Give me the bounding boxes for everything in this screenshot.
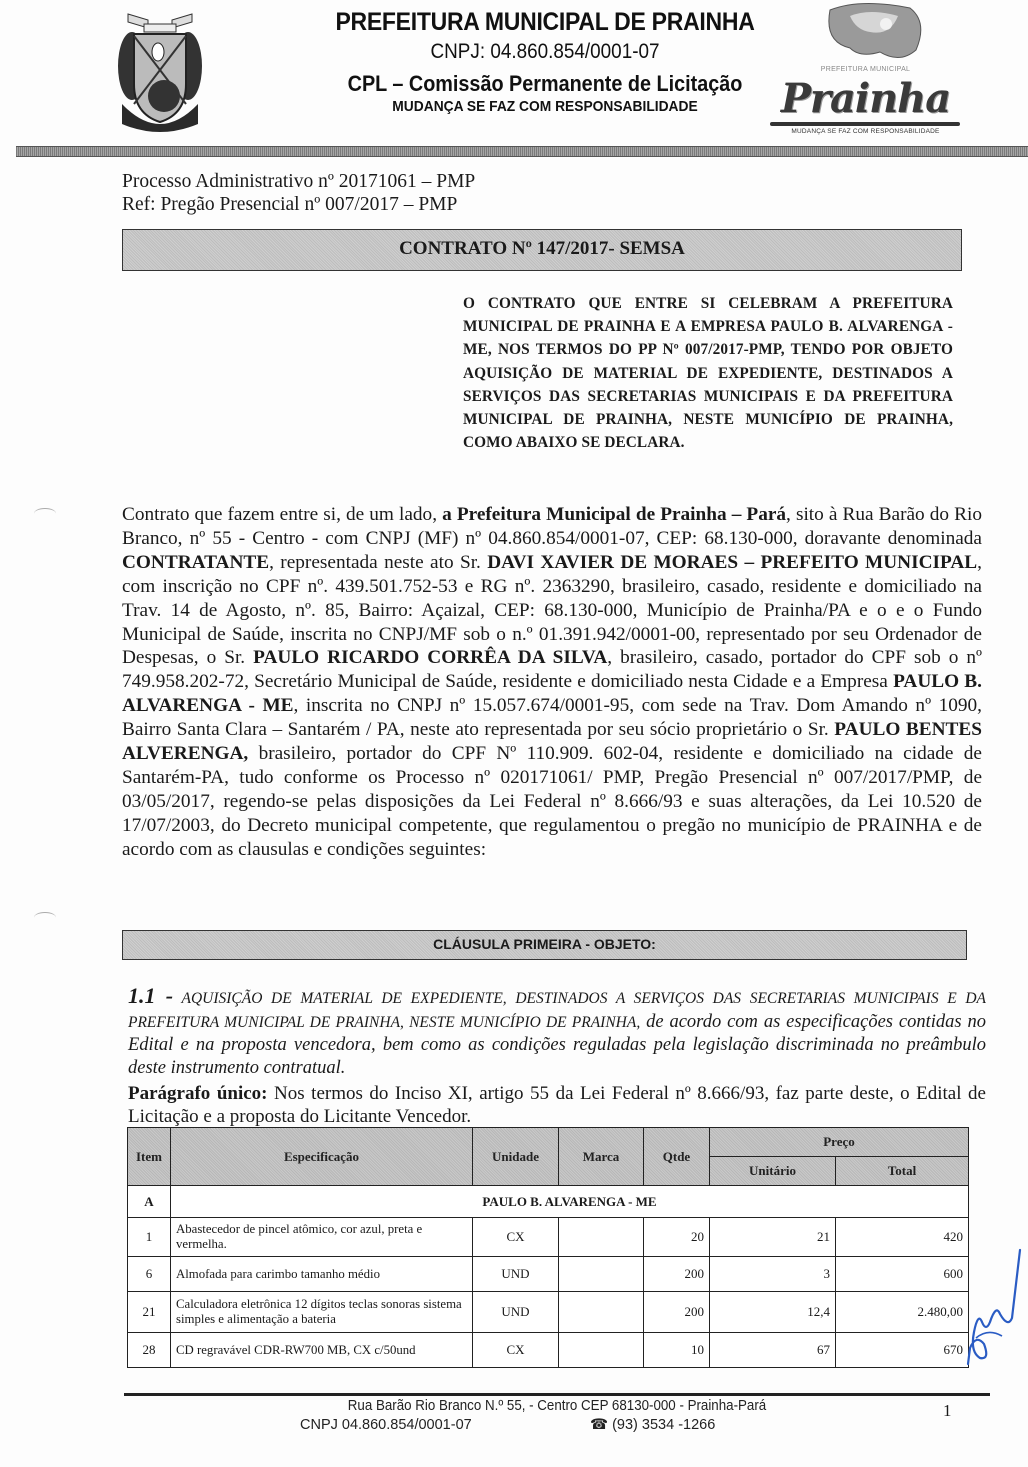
- cell-brand: [559, 1292, 644, 1333]
- org-cnpj: CNPJ: 04.860.854/0001-07: [316, 40, 775, 64]
- punch-hole-mark: [34, 508, 56, 519]
- cell-unit: UND: [473, 1257, 559, 1292]
- cell-unit: CX: [473, 1218, 559, 1257]
- contract-preamble: O CONTRATO QUE ENTRE SI CELEBRAM A PREFE…: [463, 292, 953, 454]
- col-total: Total: [836, 1157, 969, 1186]
- brand-wordmark: Prainha: [758, 75, 973, 122]
- supplier-group-row: A PAULO B. ALVARENGA - ME: [128, 1186, 969, 1218]
- header-divider: [16, 146, 1028, 157]
- footer-phone: ☎ (93) 3534 -1266: [590, 1417, 715, 1433]
- col-unit-price: Unitário: [710, 1157, 836, 1186]
- cell-item: 6: [128, 1257, 171, 1292]
- brand-swoosh: [770, 122, 960, 126]
- cell-spec: Calculadora eletrônica 12 dígitos teclas…: [171, 1292, 473, 1333]
- cell-spec: Abastecedor de pincel atômico, cor azul,…: [171, 1218, 473, 1257]
- col-spec: Especificação: [171, 1128, 473, 1186]
- table-row: 1 Abastecedor de pincel atômico, cor azu…: [128, 1218, 969, 1257]
- col-unit: Unidade: [473, 1128, 559, 1186]
- org-motto: MUDANÇA SE FAZ COM RESPONSABILIDADE: [310, 98, 779, 115]
- footer-address: Rua Barão Rio Branco N.º 55, - Centro CE…: [159, 1398, 956, 1414]
- cell-qty: 20: [644, 1218, 710, 1257]
- cell-brand: [559, 1218, 644, 1257]
- items-table: Item Especificação Unidade Marca Qtde Pr…: [127, 1127, 969, 1368]
- cell-total: 600: [836, 1257, 969, 1292]
- cell-item: 28: [128, 1333, 171, 1368]
- table-row: 28 CD regravável CDR-RW700 MB, CX c/50un…: [128, 1333, 969, 1368]
- col-item: Item: [128, 1128, 171, 1186]
- org-department: CPL – Comissão Permanente de Licitação: [316, 71, 775, 97]
- footer-divider: [124, 1393, 990, 1396]
- punch-hole-mark: [34, 912, 56, 923]
- contract-parties-paragraph: Contrato que fazem entre si, de um lado,…: [122, 503, 982, 862]
- handwritten-signature-icon: [962, 1248, 1028, 1368]
- cell-spec: Almofada para carimbo tamanho médio: [171, 1257, 473, 1292]
- footer-cnpj: CNPJ 04.860.854/0001-07: [300, 1417, 472, 1433]
- contract-title: CONTRATO Nº 147/2017- SEMSA: [122, 229, 962, 271]
- group-code: A: [128, 1186, 171, 1218]
- table-row: 6 Almofada para carimbo tamanho médio UN…: [128, 1257, 969, 1292]
- clause-1-1: 1.1 - AQUISIÇÃO DE MATERIAL DE EXPEDIENT…: [128, 985, 986, 1079]
- cell-qty: 10: [644, 1333, 710, 1368]
- cell-brand: [559, 1333, 644, 1368]
- coat-of-arms-icon: [118, 4, 202, 132]
- cell-brand: [559, 1257, 644, 1292]
- group-supplier: PAULO B. ALVARENGA - ME: [171, 1186, 969, 1218]
- col-qty: Qtde: [644, 1128, 710, 1186]
- cell-unit-price: 12,4: [710, 1292, 836, 1333]
- paragrafo-unico: Parágrafo único: Nos termos do Inciso XI…: [128, 1083, 986, 1129]
- col-price: Preço: [710, 1128, 969, 1157]
- cell-qty: 200: [644, 1292, 710, 1333]
- pregao-reference: Ref: Pregão Presencial nº 007/2017 – PMP: [122, 194, 457, 216]
- process-reference: Processo Administrativo nº 20171061 – PM…: [122, 171, 475, 193]
- cell-item: 21: [128, 1292, 171, 1333]
- cell-qty: 200: [644, 1257, 710, 1292]
- cell-unit-price: 3: [710, 1257, 836, 1292]
- cell-unit: UND: [473, 1292, 559, 1333]
- table-row: 21 Calculadora eletrônica 12 dígitos tec…: [128, 1292, 969, 1333]
- clause-title: CLÁUSULA PRIMEIRA - OBJETO:: [122, 930, 967, 960]
- col-brand: Marca: [559, 1128, 644, 1186]
- cell-total: 420: [836, 1218, 969, 1257]
- brand-small-label: PREFEITURA MUNICIPAL: [758, 66, 973, 73]
- cell-total: 670: [836, 1333, 969, 1368]
- brand-emblem-icon: [820, 2, 930, 66]
- cell-unit: CX: [473, 1333, 559, 1368]
- brand-tagline: MUDANÇA SE FAZ COM RESPONSABILIDADE: [758, 128, 973, 135]
- phone-icon: ☎: [590, 1417, 608, 1433]
- cell-item: 1: [128, 1218, 171, 1257]
- org-title: PREFEITURA MUNICIPAL DE PRAINHA: [310, 8, 779, 37]
- page-number: 1: [943, 1401, 952, 1421]
- cell-unit-price: 21: [710, 1218, 836, 1257]
- cell-spec: CD regravável CDR-RW700 MB, CX c/50und: [171, 1333, 473, 1368]
- cell-unit-price: 67: [710, 1333, 836, 1368]
- cell-total: 2.480,00: [836, 1292, 969, 1333]
